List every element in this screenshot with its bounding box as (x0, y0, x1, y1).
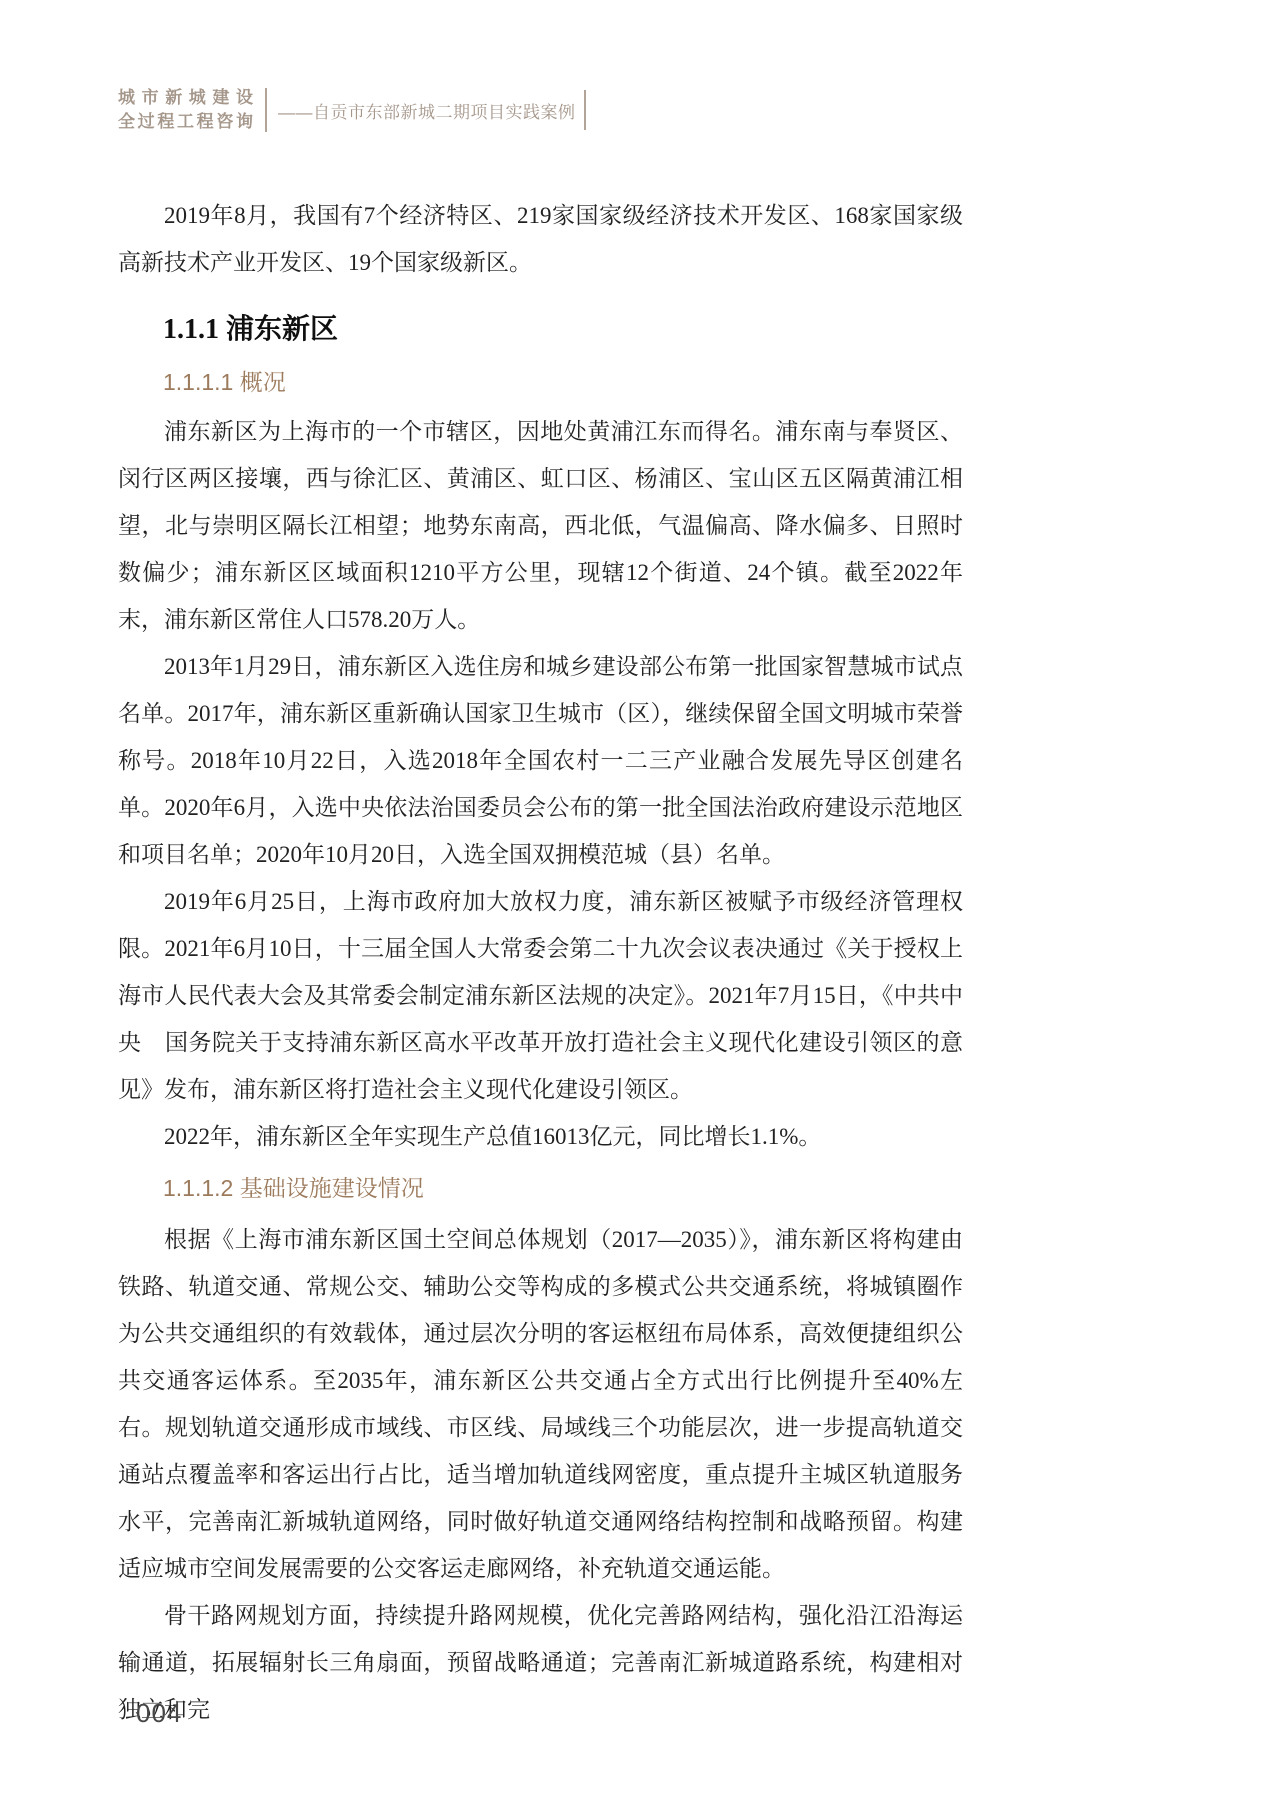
header-divider-end (584, 90, 586, 130)
book-series-title: 城市新城建设 全过程工程咨询 (118, 86, 254, 134)
section-heading: 1.1.1 浦东新区 (163, 312, 963, 348)
page-body: 2019年8月，我国有7个经济特区、219家国家级经济技术开发区、168家国家级… (118, 192, 963, 1733)
paragraph: 2013年1月29日，浦东新区入选住房和城乡建设部公布第一批国家智慧城市试点名单… (118, 643, 963, 878)
subsection-heading-overview: 1.1.1.1 概况 (163, 366, 963, 398)
paragraph: 根据《上海市浦东新区国土空间总体规划（2017—2035）》，浦东新区将构建由铁… (118, 1216, 963, 1592)
running-head: 城市新城建设 全过程工程咨询 ——自贡市东部新城二期项目实践案例 (118, 86, 586, 134)
brand-line2: 全过程工程咨询 (118, 110, 254, 134)
paragraph: 2019年6月25日，上海市政府加大放权力度，浦东新区被赋予市级经济管理权限。2… (118, 878, 963, 1113)
paragraph: 骨干路网规划方面，持续提升路网规模，优化完善路网结构，强化沿江沿海运输通道，拓展… (118, 1592, 963, 1733)
book-page: 城市新城建设 全过程工程咨询 ——自贡市东部新城二期项目实践案例 2019年8月… (0, 0, 1280, 1808)
paragraph: 浦东新区为上海市的一个市辖区，因地处黄浦江东而得名。浦东南与奉贤区、闵行区两区接… (118, 408, 963, 643)
header-divider (265, 88, 267, 132)
paragraph: 2022年，浦东新区全年实现生产总值16013亿元，同比增长1.1%。 (118, 1113, 963, 1160)
subsection-heading-infrastructure: 1.1.1.2 基础设施建设情况 (163, 1172, 963, 1204)
page-number: 004 (136, 1698, 182, 1729)
brand-line1: 城市新城建设 (118, 86, 254, 110)
intro-paragraph: 2019年8月，我国有7个经济特区、219家国家级经济技术开发区、168家国家级… (118, 192, 963, 286)
book-subtitle: ——自贡市东部新城二期项目实践案例 (278, 98, 576, 123)
